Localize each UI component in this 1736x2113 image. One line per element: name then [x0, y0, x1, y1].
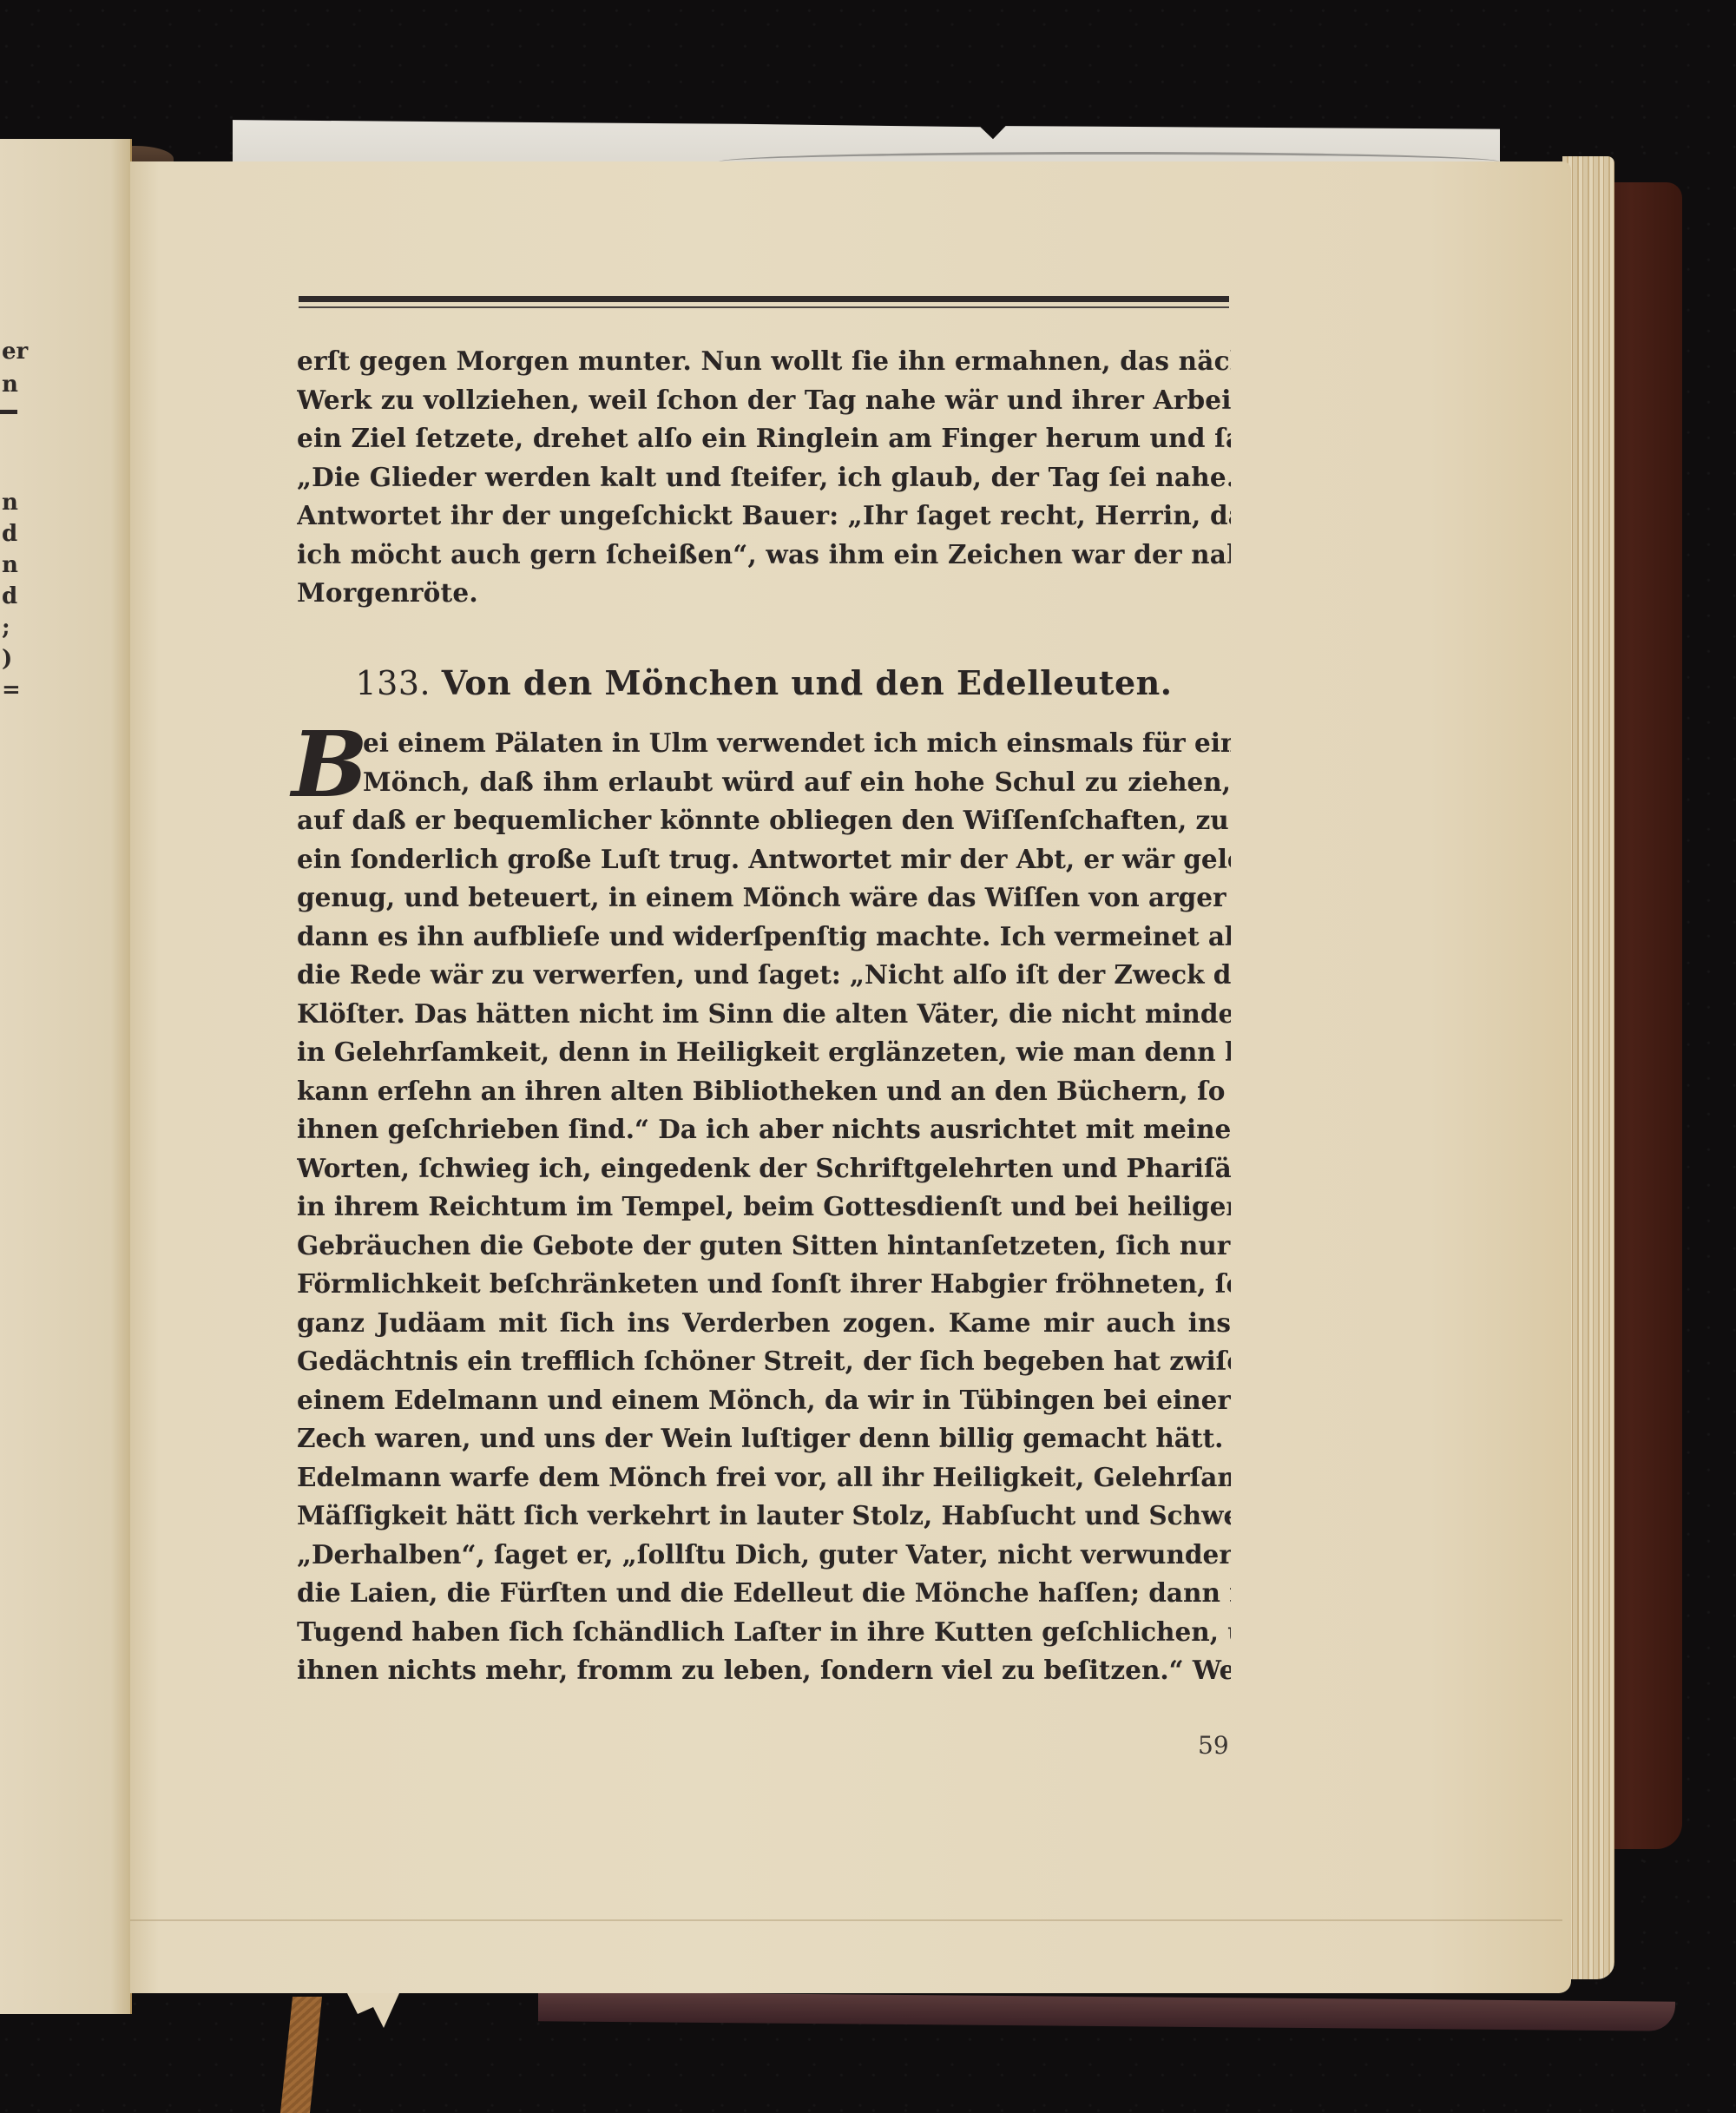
left-page-fragment: d — [2, 583, 17, 609]
text-line: ihnen nichts mehr, fromm zu leben, ſonde… — [297, 1651, 1231, 1690]
facing-page-left: ernndnd;)= — [0, 139, 132, 2014]
continuation-paragraph: erſt gegen Morgen munter. Nun wollt ſie … — [297, 342, 1231, 613]
text-line: in Gelehrſamkeit, denn in Heiligkeit erg… — [297, 1033, 1231, 1072]
text-line: Förmlichkeit beſchränketen und ſonſt ihr… — [297, 1265, 1231, 1304]
left-page-fragment: ) — [2, 646, 12, 672]
text-line: Mäſſigkeit hätt ſich verkehrt in lauter … — [297, 1497, 1231, 1536]
header-rule-thick — [299, 296, 1229, 302]
text-line: Zech waren, und uns der Wein luſtiger de… — [297, 1419, 1231, 1458]
section-number: 133. — [356, 664, 431, 702]
text-line: Gebräuchen die Gebote der guten Sitten h… — [297, 1227, 1231, 1266]
text-line: in ihrem Reichtum im Tempel, beim Gottes… — [297, 1188, 1231, 1227]
left-page-fragment: n — [2, 490, 18, 516]
text-line: genug, und beteuert, in einem Mönch wäre… — [297, 879, 1231, 918]
text-line: Worten, ſchwieg ich, eingedenk der Schri… — [297, 1149, 1231, 1188]
text-line: ein ſonderlich große Luſt trug. Antworte… — [297, 840, 1231, 879]
text-line: Klöſter. Das hätten nicht im Sinn die al… — [297, 995, 1231, 1034]
text-line: die Laien, die Fürſten und die Edelleut … — [297, 1574, 1231, 1613]
text-line: Antwortet ihr der ungeſchickt Bauer: „Ih… — [297, 497, 1231, 536]
text-line: erſt gegen Morgen munter. Nun wollt ſie … — [297, 342, 1231, 381]
text-line: ich möcht auch gern ſcheißen“, was ihm e… — [297, 536, 1231, 575]
left-page-fragment: = — [2, 677, 21, 703]
left-page-fragment: d — [2, 521, 17, 547]
page-bottom-crease — [130, 1919, 1562, 1921]
text-line: Mönch, daß ihm erlaubt würd auf ein hohe… — [297, 763, 1231, 802]
text-line: Werk zu vollziehen, weil ſchon der Tag n… — [297, 381, 1231, 420]
text-line: kann erſehn an ihren alten Bibliotheken … — [297, 1072, 1231, 1111]
left-page-rule — [0, 410, 17, 414]
text-line: Tugend haben ſich ſchändlich Laſter in i… — [297, 1613, 1231, 1652]
text-line: ganz Judäam mit ſich ins Verderben zogen… — [297, 1304, 1231, 1343]
text-line: die Rede wär zu verwerfen, und ſaget: „N… — [297, 956, 1231, 995]
text-line: Gedächtnis ein trefflich ſchöner Streit,… — [297, 1342, 1231, 1381]
text-line: ein Ziel ſetzete, drehet alſo ein Ringle… — [297, 419, 1231, 458]
text-line: auf daß er bequemlicher könnte obliegen … — [297, 801, 1231, 840]
section-title: Von den Mönchen und den Edelleuten. — [442, 663, 1173, 702]
text-line: ihnen geſchrieben ſind.“ Da ich aber nic… — [297, 1110, 1231, 1149]
left-page-fragment: ; — [2, 615, 10, 641]
left-page-fragment: n — [2, 372, 18, 398]
book-page: erſt gegen Morgen munter. Nun wollt ſie … — [130, 161, 1571, 1993]
left-page-fragment: er — [2, 339, 28, 365]
page-number: 59 — [1198, 1731, 1229, 1760]
left-page-fragment: n — [2, 552, 18, 578]
text-line: dann es ihn aufblieſe und widerſpenſtig … — [297, 918, 1231, 957]
section-heading: 133. Von den Mönchen und den Edelleuten. — [297, 663, 1231, 702]
text-line: Morgenröte. — [297, 574, 1231, 613]
text-line: „Die Glieder werden kalt und ſteifer, ic… — [297, 458, 1231, 497]
text-line: „Derhalben“, ſaget er, „ſollſtu Dich, gu… — [297, 1536, 1231, 1575]
text-line: Edelmann warfe dem Mönch frei vor, all i… — [297, 1458, 1231, 1498]
text-line: einem Edelmann und einem Mönch, da wir i… — [297, 1381, 1231, 1420]
text-line: ei einem Pälaten in Ulm verwendet ich mi… — [297, 724, 1231, 763]
section-paragraph: B ei einem Pälaten in Ulm verwendet ich … — [297, 724, 1231, 1690]
header-rule-thin — [299, 306, 1229, 308]
drop-cap: B — [292, 726, 368, 804]
